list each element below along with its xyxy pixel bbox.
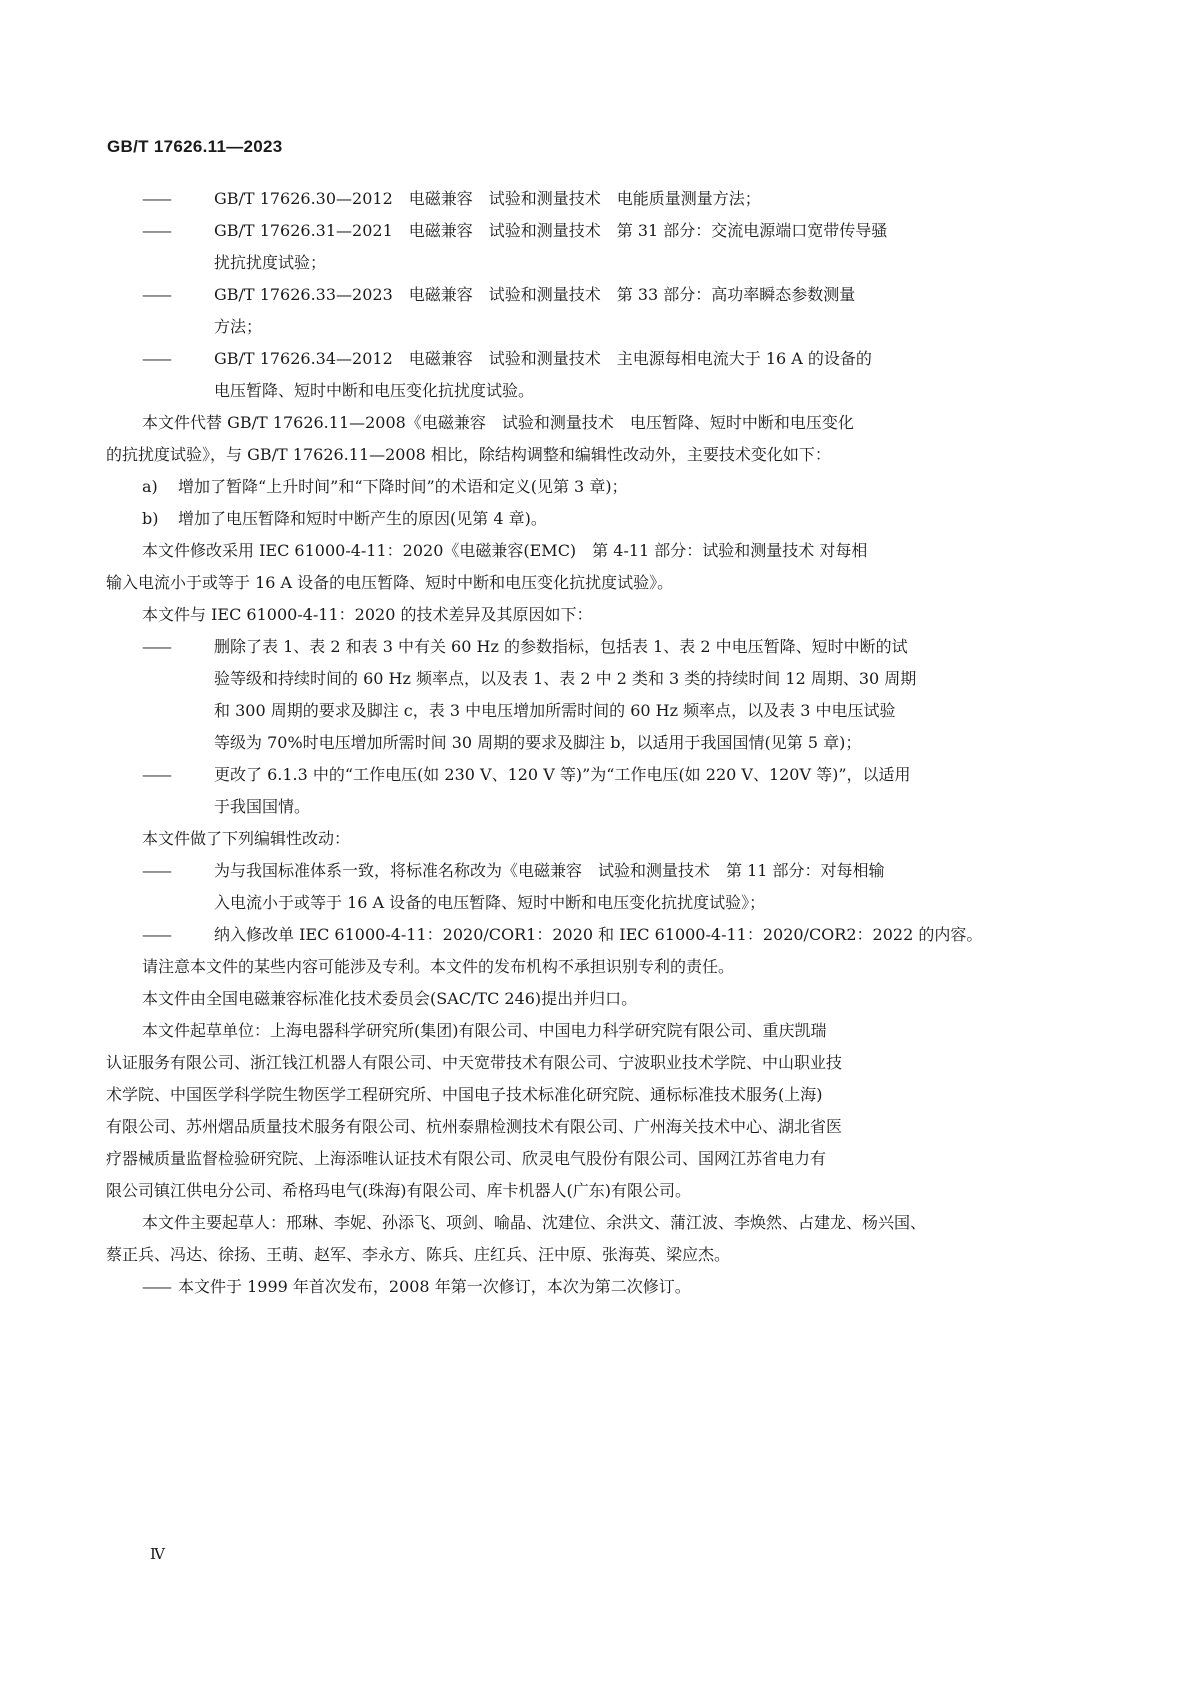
difference-text: 更改了 6.1.3 中的“工作电压(如 230 V、120 V 等)”为“工作电… — [214, 765, 911, 784]
patent-notice: 请注意本文件的某些内容可能涉及专利。本文件的发布机构不承担识别专利的责任。 — [142, 951, 1052, 983]
list-marker: b) — [142, 503, 178, 535]
proposed-by-statement: 本文件由全国电磁兼容标准化技术委员会(SAC/TC 246)提出并归口。 — [142, 983, 1052, 1015]
paragraph-line: 蔡正兵、冯达、徐扬、王萌、赵军、李永方、陈兵、庄红兵、汪中原、张海英、梁应杰。 — [106, 1239, 1052, 1271]
publication-history: ——本文件于 1999 年首次发布，2008 年第一次修订，本次为第二次修订。 — [142, 1271, 1052, 1303]
replacement-paragraph: 本文件代替 GB/T 17626.11—2008《电磁兼容 试验和测量技术 电压… — [142, 407, 1052, 471]
editorial-text: 纳入修改单 IEC 61000-4-11：2020/COR1：2020 和 IE… — [214, 925, 982, 944]
reference-text: GB/T 17626.31—2021 电磁兼容 试验和测量技术 第 31 部分：… — [214, 221, 887, 240]
reference-text: GB/T 17626.33—2023 电磁兼容 试验和测量技术 第 33 部分：… — [214, 285, 855, 304]
foreword-body: ——GB/T 17626.30—2012 电磁兼容 试验和测量技术 电能质量测量… — [142, 183, 1052, 1303]
technical-differences-intro: 本文件与 IEC 61000-4-11：2020 的技术差异及其原因如下： — [142, 599, 1052, 631]
list-marker: a) — [142, 471, 178, 503]
adoption-paragraph: 本文件修改采用 IEC 61000-4-11：2020《电磁兼容(EMC) 第 … — [142, 535, 1052, 599]
dash-marker: —— — [142, 215, 214, 247]
dash-marker: —— — [142, 855, 214, 887]
dash-marker: —— — [142, 279, 214, 311]
difference-text-continued: 等级为 70%时电压增加所需时间 30 周期的要求及脚注 b，以适用于我国国情(… — [142, 727, 1052, 759]
difference-text-continued: 和 300 周期的要求及脚注 c，表 3 中电压增加所需时间的 60 Hz 频率… — [142, 695, 1052, 727]
changes-list: a)增加了暂降“上升时间”和“下降时间”的术语和定义(见第 3 章)； b)增加… — [142, 471, 1052, 535]
reference-text-continued: 方法； — [142, 311, 1052, 343]
dash-marker: —— — [142, 919, 214, 951]
paragraph-line: 本文件起草单位：上海电器科学研究所(集团)有限公司、中国电力科学研究院有限公司、… — [142, 1015, 1052, 1047]
paragraph-line: 输入电流小于或等于 16 A 设备的电压暂降、短时中断和电压变化抗扰度试验》。 — [106, 567, 1052, 599]
drafters-paragraph: 本文件主要起草人：邢琳、李妮、孙添飞、项剑、喻晶、沈建位、余洪文、蒲江波、李焕然… — [142, 1207, 1052, 1271]
reference-item: ——GB/T 17626.31—2021 电磁兼容 试验和测量技术 第 31 部… — [142, 215, 1052, 279]
editorial-text-continued: 入电流小于或等于 16 A 设备的电压暂降、短时中断和电压变化抗扰度试验》； — [142, 887, 1052, 919]
paragraph-line: 本文件代替 GB/T 17626.11—2008《电磁兼容 试验和测量技术 电压… — [142, 407, 1052, 439]
paragraph-line: 本文件修改采用 IEC 61000-4-11：2020《电磁兼容(EMC) 第 … — [142, 535, 1052, 567]
reference-item: ——GB/T 17626.34—2012 电磁兼容 试验和测量技术 主电源每相电… — [142, 343, 1052, 407]
reference-text: GB/T 17626.34—2012 电磁兼容 试验和测量技术 主电源每相电流大… — [214, 349, 872, 368]
editorial-changes-intro: 本文件做了下列编辑性改动： — [142, 823, 1052, 855]
paragraph-line: 有限公司、苏州熠品质量技术服务有限公司、杭州泰鼎检测技术有限公司、广州海关技术中… — [106, 1111, 1052, 1143]
paragraph-line: 限公司镇江供电分公司、希格玛电气(珠海)有限公司、库卡机器人(广东)有限公司。 — [106, 1175, 1052, 1207]
reference-text: GB/T 17626.30—2012 电磁兼容 试验和测量技术 电能质量测量方法… — [214, 189, 761, 208]
editorial-text: 为与我国标准体系一致，将标准名称改为《电磁兼容 试验和测量技术 第 11 部分：… — [214, 861, 885, 880]
document-number-header: GB/T 17626.11—2023 — [107, 137, 283, 157]
page-number: Ⅳ — [150, 1545, 165, 1563]
list-item-text: 增加了暂降“上升时间”和“下降时间”的术语和定义(见第 3 章)； — [178, 477, 628, 496]
reference-item: ——GB/T 17626.33—2023 电磁兼容 试验和测量技术 第 33 部… — [142, 279, 1052, 343]
editorial-item: ——纳入修改单 IEC 61000-4-11：2020/COR1：2020 和 … — [142, 919, 1052, 951]
paragraph-line: 认证服务有限公司、浙江钱江机器人有限公司、中天宽带技术有限公司、宁波职业技术学院… — [106, 1047, 1052, 1079]
dash-marker: —— — [142, 183, 214, 215]
reference-item: ——GB/T 17626.30—2012 电磁兼容 试验和测量技术 电能质量测量… — [142, 183, 1052, 215]
reference-text-continued: 电压暂降、短时中断和电压变化抗扰度试验。 — [142, 375, 1052, 407]
difference-item: ——删除了表 1、表 2 和表 3 中有关 60 Hz 的参数指标，包括表 1、… — [142, 631, 1052, 759]
list-item-text: 增加了电压暂降和短时中断产生的原因(见第 4 章)。 — [178, 509, 547, 528]
dash-marker: —— — [142, 631, 214, 663]
dash-marker: —— — [142, 1271, 178, 1303]
paragraph-line: 术学院、中国医学科学院生物医学工程研究所、中国电子技术标准化研究院、通标标准技术… — [106, 1079, 1052, 1111]
difference-item: ——更改了 6.1.3 中的“工作电压(如 230 V、120 V 等)”为“工… — [142, 759, 1052, 823]
paragraph-line: 疗器械质量监督检验研究院、上海添唯认证技术有限公司、欣灵电气股份有限公司、国网江… — [106, 1143, 1052, 1175]
drafting-units-paragraph: 本文件起草单位：上海电器科学研究所(集团)有限公司、中国电力科学研究院有限公司、… — [142, 1015, 1052, 1207]
paragraph-line: 的抗扰度试验》，与 GB/T 17626.11—2008 相比，除结构调整和编辑… — [106, 439, 1052, 471]
dash-marker: —— — [142, 343, 214, 375]
difference-text: 删除了表 1、表 2 和表 3 中有关 60 Hz 的参数指标，包括表 1、表 … — [214, 637, 908, 656]
paragraph-line: 本文件主要起草人：邢琳、李妮、孙添飞、项剑、喻晶、沈建位、余洪文、蒲江波、李焕然… — [142, 1207, 1052, 1239]
dash-marker: —— — [142, 759, 214, 791]
history-text: 本文件于 1999 年首次发布，2008 年第一次修订，本次为第二次修订。 — [178, 1277, 691, 1296]
difference-text-continued: 验等级和持续时间的 60 Hz 频率点，以及表 1、表 2 中 2 类和 3 类… — [142, 663, 1052, 695]
editorial-item: ——为与我国标准体系一致，将标准名称改为《电磁兼容 试验和测量技术 第 11 部… — [142, 855, 1052, 919]
difference-text-continued: 于我国国情。 — [142, 791, 1052, 823]
reference-text-continued: 扰抗扰度试验； — [142, 247, 1052, 279]
